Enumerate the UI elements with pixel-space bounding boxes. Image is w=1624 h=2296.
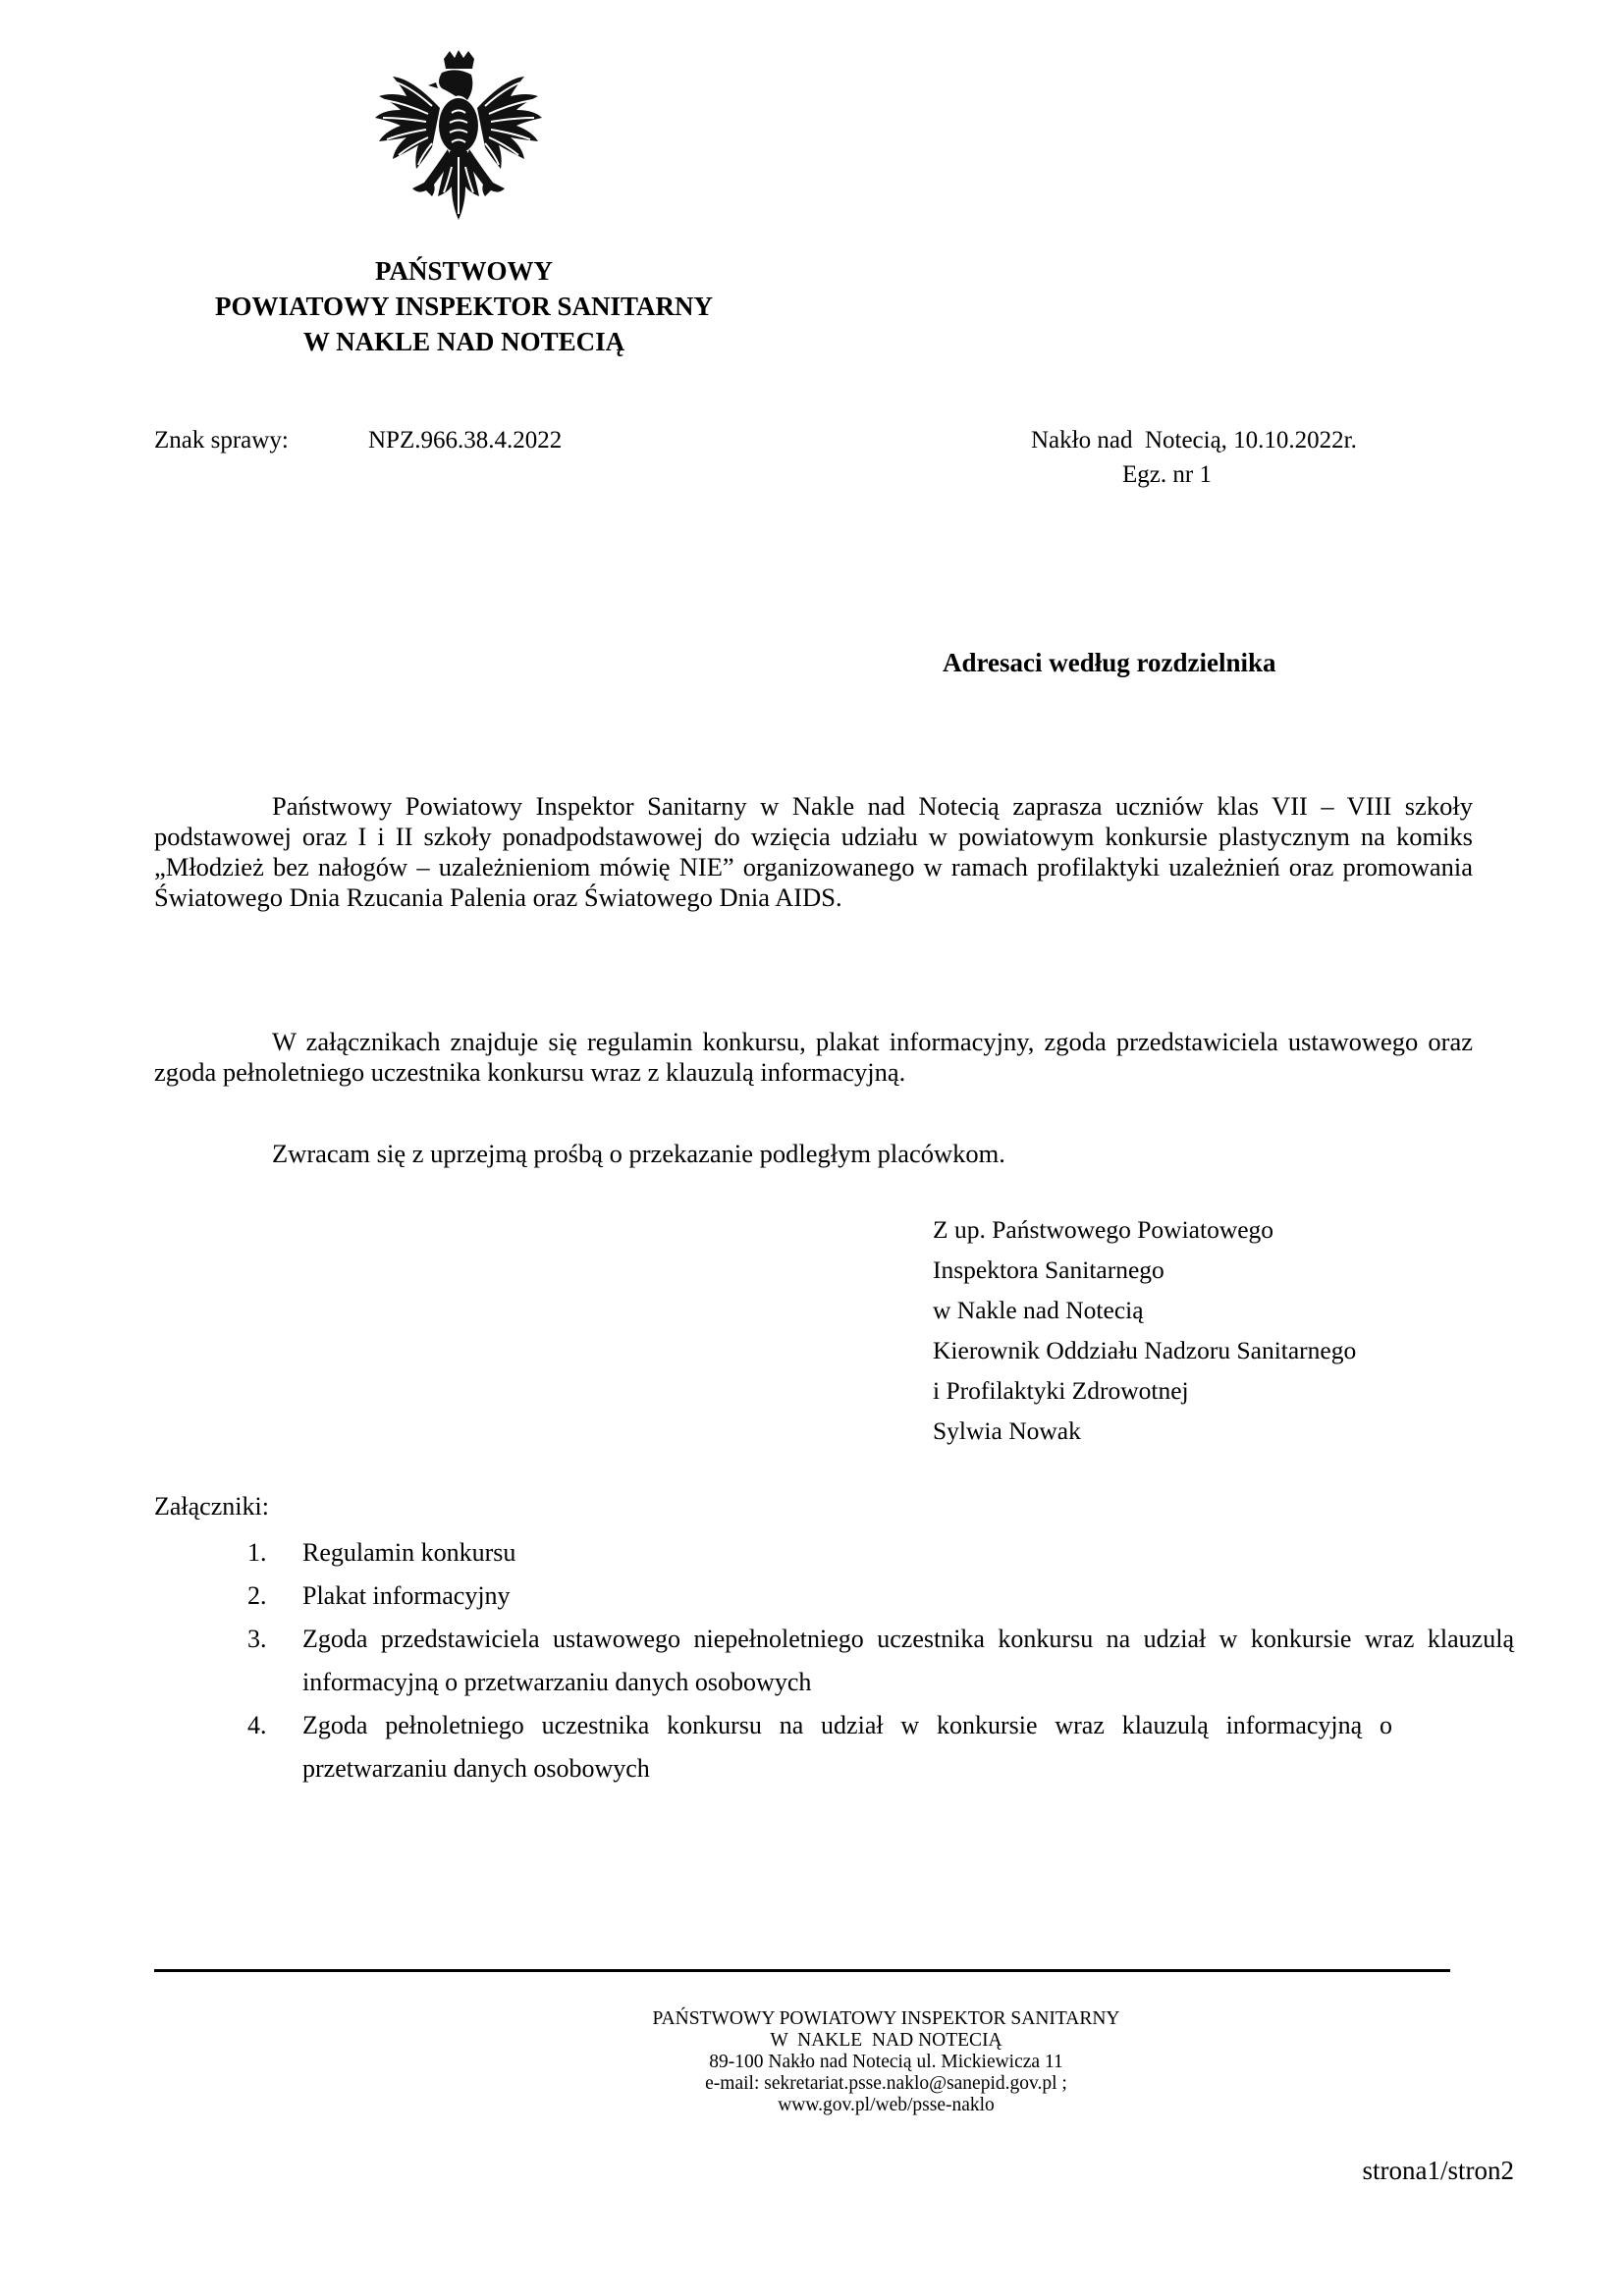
attachment-item: 4. Zgoda pełnoletniego uczestnika konkur…	[247, 1704, 1514, 1790]
header-line: W NAKLE NAD NOTECIĄ	[157, 324, 771, 359]
case-label: Znak sprawy:	[154, 424, 289, 457]
signature-block: Z up. Państwowego Powiatowego Inspektora…	[933, 1209, 1356, 1451]
footer-divider	[154, 1969, 1450, 1972]
footer-line: PAŃSTWOWY POWIATOWY INSPEKTOR SANITARNY	[530, 2008, 1242, 2030]
header-line: PAŃSTWOWY	[157, 253, 771, 289]
attachment-item: 2. Plakat informacyjny	[247, 1575, 1514, 1618]
footer-email: e-mail: sekretariat.psse.naklo@sanepid.g…	[530, 2073, 1242, 2095]
footer-line: W NAKLE NAD NOTECIĄ	[530, 2030, 1242, 2052]
attachment-item: 3. Zgoda przedstawiciela ustawowego niep…	[247, 1618, 1514, 1704]
footer-line: 89-100 Nakło nad Notecią ul. Mickiewicza…	[530, 2052, 1242, 2073]
case-number: NPZ.966.38.4.2022	[368, 424, 562, 457]
signature-line: Kierownik Oddziału Nadzoru Sanitarnego	[933, 1330, 1356, 1370]
eagle-emblem-icon	[373, 49, 545, 226]
footer-website: www.gov.pl/web/psse-naklo	[530, 2095, 1242, 2116]
place-date: Nakło nad Notecią, 10.10.2022r.	[1031, 424, 1357, 457]
attachment-item: 1. Regulamin konkursu	[247, 1531, 1514, 1575]
signer-name: Sylwia Nowak	[933, 1411, 1356, 1451]
signature-line: Z up. Państwowego Powiatowego	[933, 1209, 1356, 1250]
signature-line: w Nakle nad Notecią	[933, 1290, 1356, 1330]
attachments-list: 1. Regulamin konkursu 2. Plakat informac…	[247, 1531, 1514, 1790]
attachments-title: Załączniki:	[154, 1492, 269, 1522]
body-paragraph: W załącznikach znajduje się regulamin ko…	[154, 1027, 1473, 1088]
page-number: strona1/stron2	[1363, 2156, 1515, 2186]
copy-number: Egz. nr 1	[1122, 458, 1212, 492]
body-paragraph: Zwracam się z uprzejmą prośbą o przekaza…	[154, 1139, 1473, 1169]
body-paragraph: Państwowy Powiatowy Inspektor Sanitarny …	[154, 791, 1473, 913]
addressee: Adresaci według rozdzielnika	[943, 648, 1276, 678]
issuer-header: PAŃSTWOWY POWIATOWY INSPEKTOR SANITARNY …	[157, 253, 771, 359]
header-line: POWIATOWY INSPEKTOR SANITARNY	[157, 289, 771, 324]
signature-line: i Profilaktyki Zdrowotnej	[933, 1370, 1356, 1411]
footer-address: PAŃSTWOWY POWIATOWY INSPEKTOR SANITARNY …	[530, 2008, 1242, 2116]
signature-line: Inspektora Sanitarnego	[933, 1250, 1356, 1290]
